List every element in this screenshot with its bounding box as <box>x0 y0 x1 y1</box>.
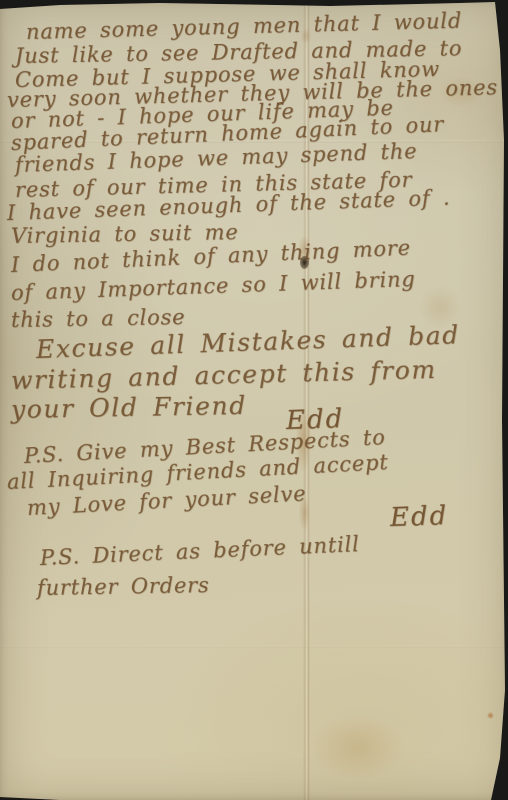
letter-line: further Orders <box>37 575 210 599</box>
letter-page: name some young men that I would Just li… <box>0 0 508 800</box>
paper-stain <box>487 712 494 719</box>
letter-line: this to a close <box>11 307 186 331</box>
letter-line: Virginia to suit me <box>11 222 239 247</box>
letter-line: P.S. Direct as before untill <box>40 534 360 569</box>
scanned-letter: name some young men that I would Just li… <box>0 0 508 800</box>
signature: Edd <box>390 503 449 531</box>
horizontal-crease <box>0 645 508 648</box>
paper-stain <box>310 715 405 780</box>
letter-line: your Old Friend <box>11 393 247 422</box>
